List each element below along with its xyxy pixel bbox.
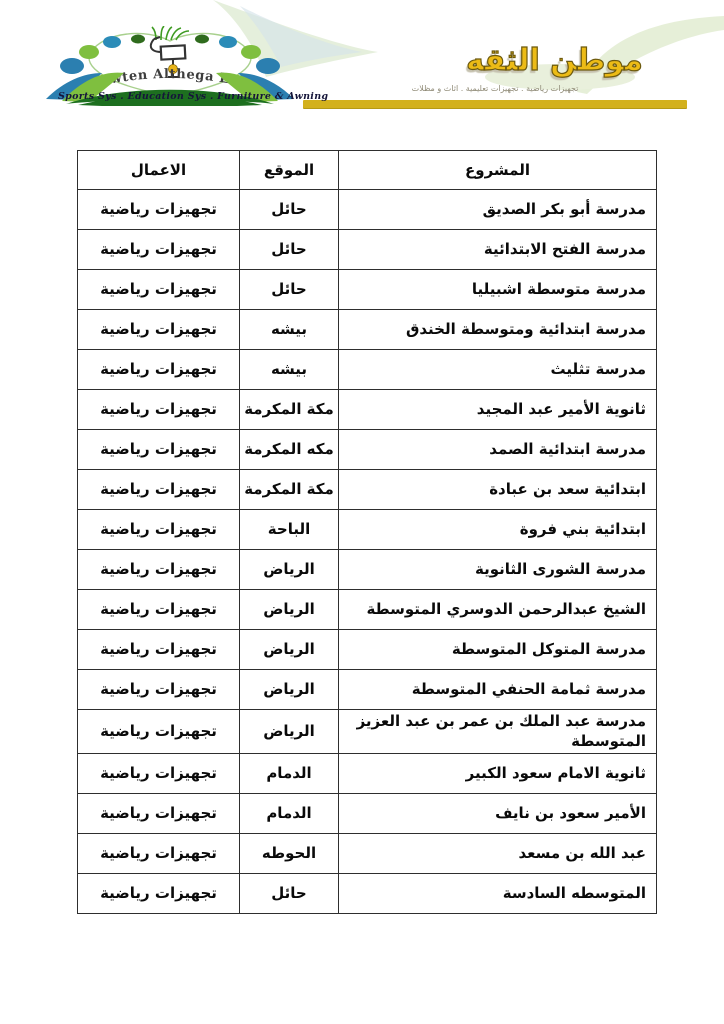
col-header-project: المشروع	[339, 151, 657, 190]
gold-divider-bar	[303, 100, 687, 108]
table-row: مدرسة تثليث بيشه تجهيزات رياضية	[78, 350, 657, 390]
project-cell: ابتدائية بني فروة	[339, 510, 657, 550]
works-cell: تجهيزات رياضية	[78, 230, 240, 270]
works-cell: تجهيزات رياضية	[78, 590, 240, 630]
table-row: ثانوية الأمير عبد المجيد مكة المكرمة تجه…	[78, 390, 657, 430]
table-row: مدرسة ابتدائية الصمد مكه المكرمة تجهيزات…	[78, 430, 657, 470]
table-row: مدرسة ابتدائية ومتوسطة الخندق بيشه تجهيز…	[78, 310, 657, 350]
project-cell: مدرسة عبد الملك بن عمر بن عبد العزيز الم…	[339, 710, 657, 754]
project-cell: الأمير سعود بن نايف	[339, 793, 657, 833]
project-cell: الشيخ عبدالرحمن الدوسري المتوسطة	[339, 590, 657, 630]
project-cell: ابتدائية سعد بن عبادة	[339, 470, 657, 510]
location-cell: مكة المكرمة	[240, 390, 339, 430]
location-cell: الدمام	[240, 793, 339, 833]
project-cell: عبد الله بن مسعد	[339, 833, 657, 873]
location-cell: حائل	[240, 230, 339, 270]
works-cell: تجهيزات رياضية	[78, 350, 240, 390]
col-header-works: الاعمال	[78, 151, 240, 190]
location-cell: حائل	[240, 190, 339, 230]
works-cell: تجهيزات رياضية	[78, 390, 240, 430]
location-cell: الحوطه	[240, 833, 339, 873]
location-cell: الرياض	[240, 590, 339, 630]
table-row: مدرسة أبو بكر الصديق حائل تجهيزات رياضية	[78, 190, 657, 230]
project-cell: مدرسة المتوكل المتوسطة	[339, 630, 657, 670]
table-row: ابتدائية سعد بن عبادة مكة المكرمة تجهيزا…	[78, 470, 657, 510]
page-header: موطن الثقه تجهيزات رياضية . تجهيزات تعلي…	[0, 0, 724, 135]
table-row: مدرسة الفتح الابتدائية حائل تجهيزات رياض…	[78, 230, 657, 270]
table-row: مدرسة الشورى الثانوية الرياض تجهيزات ريا…	[78, 550, 657, 590]
project-cell: ثانوية الامام سعود الكبير	[339, 753, 657, 793]
table-row: المتوسطه السادسة حائل تجهيزات رياضية	[78, 873, 657, 913]
location-cell: الرياض	[240, 670, 339, 710]
location-cell: الباحة	[240, 510, 339, 550]
project-cell: المتوسطه السادسة	[339, 873, 657, 913]
company-tagline: Sports Sys . Education Sys . Furniture &…	[58, 91, 282, 102]
works-cell: تجهيزات رياضية	[78, 550, 240, 590]
table-header-row: المشروع الموقع الاعمال	[78, 151, 657, 190]
table-row: ثانوية الامام سعود الكبير الدمام تجهيزات…	[78, 753, 657, 793]
works-cell: تجهيزات رياضية	[78, 670, 240, 710]
location-cell: حائل	[240, 270, 339, 310]
table-body: مدرسة أبو بكر الصديق حائل تجهيزات رياضية…	[78, 190, 657, 914]
table-row: الشيخ عبدالرحمن الدوسري المتوسطة الرياض …	[78, 590, 657, 630]
table-row: الأمير سعود بن نايف الدمام تجهيزات رياضي…	[78, 793, 657, 833]
works-cell: تجهيزات رياضية	[78, 430, 240, 470]
project-cell: مدرسة أبو بكر الصديق	[339, 190, 657, 230]
brand-arabic: موطن الثقه	[452, 44, 657, 77]
works-cell: تجهيزات رياضية	[78, 710, 240, 754]
project-cell: مدرسة تثليث	[339, 350, 657, 390]
table-row: مدرسة ثمامة الحنفي المتوسطة الرياض تجهيز…	[78, 670, 657, 710]
location-cell: مكه المكرمة	[240, 430, 339, 470]
location-cell: الدمام	[240, 753, 339, 793]
location-cell: بيشه	[240, 310, 339, 350]
table-row: مدرسة عبد الملك بن عمر بن عبد العزيز الم…	[78, 710, 657, 754]
projects-table: المشروع الموقع الاعمال مدرسة أبو بكر الص…	[77, 150, 657, 914]
location-cell: الرياض	[240, 710, 339, 754]
project-cell: مدرسة ثمامة الحنفي المتوسطة	[339, 670, 657, 710]
project-cell: مدرسة الشورى الثانوية	[339, 550, 657, 590]
project-cell: مدرسة ابتدائية الصمد	[339, 430, 657, 470]
location-cell: حائل	[240, 873, 339, 913]
project-cell: مدرسة ابتدائية ومتوسطة الخندق	[339, 310, 657, 350]
works-cell: تجهيزات رياضية	[78, 833, 240, 873]
location-cell: مكة المكرمة	[240, 470, 339, 510]
works-cell: تجهيزات رياضية	[78, 270, 240, 310]
works-cell: تجهيزات رياضية	[78, 510, 240, 550]
works-cell: تجهيزات رياضية	[78, 753, 240, 793]
table-row: عبد الله بن مسعد الحوطه تجهيزات رياضية	[78, 833, 657, 873]
project-cell: ثانوية الأمير عبد المجيد	[339, 390, 657, 430]
table-row: مدرسة المتوكل المتوسطة الرياض تجهيزات ري…	[78, 630, 657, 670]
location-cell: الرياض	[240, 630, 339, 670]
location-cell: الرياض	[240, 550, 339, 590]
works-cell: تجهيزات رياضية	[78, 873, 240, 913]
works-cell: تجهيزات رياضية	[78, 793, 240, 833]
works-cell: تجهيزات رياضية	[78, 470, 240, 510]
works-cell: تجهيزات رياضية	[78, 190, 240, 230]
table-row: ابتدائية بني فروة الباحة تجهيزات رياضية	[78, 510, 657, 550]
brand-arabic-subtitle: تجهيزات رياضية . تجهيزات تعليمية . اثاث …	[399, 84, 591, 93]
works-cell: تجهيزات رياضية	[78, 630, 240, 670]
works-cell: تجهيزات رياضية	[78, 310, 240, 350]
table-row: مدرسة متوسطة اشبيليا حائل تجهيزات رياضية	[78, 270, 657, 310]
location-cell: بيشه	[240, 350, 339, 390]
project-cell: مدرسة الفتح الابتدائية	[339, 230, 657, 270]
col-header-location: الموقع	[240, 151, 339, 190]
project-cell: مدرسة متوسطة اشبيليا	[339, 270, 657, 310]
